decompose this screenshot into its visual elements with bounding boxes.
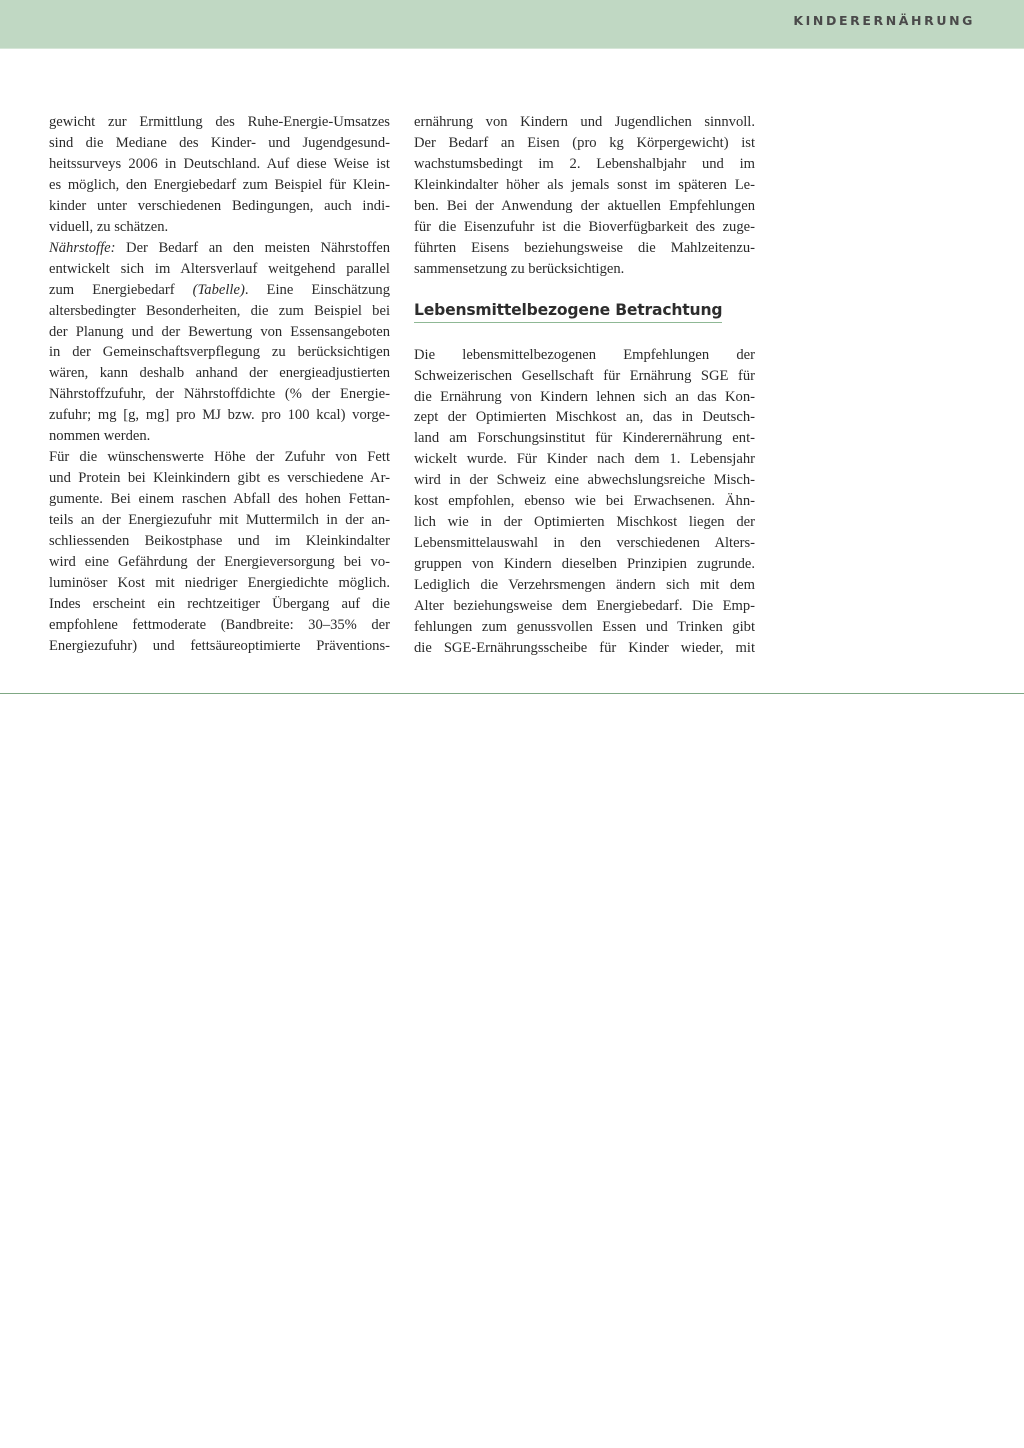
text-line: die SGE-Ernährungsscheibe für Kinder wie… [414,638,755,659]
text-line: gruppen von Kindern dieselben Prinzipien… [414,554,755,575]
text-line: heitssurveys 2006 in Deutschland. Auf di… [49,154,390,175]
text-line: altersbedingter Besonderheiten, die zum … [49,301,390,322]
paragraph-lebensmittel: Die lebensmittelbezogenen Empfehlungen d… [414,345,755,659]
header-band: KINDERERNÄHRUNG [0,0,1024,49]
text-line: Lebensmittelauswahl in den verschiedenen… [414,533,755,554]
text-line: Lediglich die Verzehrsmengen ändern sich… [414,575,755,596]
right-column: ernährung von Kindern und Jugendlichen s… [414,112,755,659]
text-line: wird in der Schweiz eine abwechslungsrei… [414,470,755,491]
text-line: Für die wünschenswerte Höhe der Zufuhr v… [49,447,390,468]
text-line: Indes erscheint ein rechtzeitiger Überga… [49,594,390,615]
text-line: land am Forschungsinstitut für Kinderern… [414,428,755,449]
text-line: ben. Bei der Anwendung der aktuellen Emp… [414,196,755,217]
text-line: wird eine Gefährdung der Energieversorgu… [49,552,390,573]
text-line: entwickelt sich im Altersverlauf weitgeh… [49,259,390,280]
text-line: viduell, zu schätzen. [49,217,390,238]
text-line: Der Bedarf an Eisen (pro kg Körpergewich… [414,133,755,154]
table-reference: (Tabelle) [193,282,245,298]
text-line: kinder unter verschiedenen Bedingungen, … [49,196,390,217]
text-line: die Ernährung von Kindern lehnen sich an… [414,387,755,408]
paragraph-eisen: ernährung von Kindern und Jugendlichen s… [414,112,755,280]
paragraph-energy-estimation: gewicht zur Ermittlung des Ruhe-Energie-… [49,112,390,238]
text-line: Alter beziehungsweise dem Energiebedarf.… [414,596,755,617]
run-in-label: Nährstoffe: [49,240,115,256]
running-head: KINDERERNÄHRUNG [793,13,975,28]
text-line: zept der Optimierten Mischkost an, das i… [414,407,755,428]
text-line: es möglich, den Energiebedarf zum Beispi… [49,175,390,196]
text-line: in der Gemeinschaftsverpflegung zu berüc… [49,342,390,363]
text-line: gewicht zur Ermittlung des Ruhe-Energie-… [49,112,390,133]
text-line: ernährung von Kindern und Jugendlichen s… [414,112,755,133]
text-line: Die lebensmittelbezogenen Empfehlungen d… [414,345,755,366]
text-line: der Planung und der Bewertung von Essens… [49,322,390,343]
text-line: für die Eisenzufuhr ist die Bioverfügbar… [414,217,755,238]
text-run: . Eine Einschätzung [245,282,390,298]
text-line: sammensetzung zu berücksichtigen. [414,259,755,280]
text-line: Schweizerischen Gesellschaft für Ernähru… [414,366,755,387]
text-line: führten Eisens beziehungsweise die Mahlz… [414,238,755,259]
text-line: sind die Mediane des Kinder- und Jugendg… [49,133,390,154]
page-divider [0,693,1024,694]
text-line: gumente. Bei einem raschen Abfall des ho… [49,489,390,510]
text-line: schliessenden Beikostphase und im Kleink… [49,531,390,552]
text-line: Nährstoffzufuhr, der Nährstoffdichte (% … [49,384,390,405]
text-line: wären, kann deshalb anhand der energiead… [49,363,390,384]
text-line: Nährstoffe: Der Bedarf an den meisten Nä… [49,238,390,259]
text-line: teils an der Energiezufuhr mit Muttermil… [49,510,390,531]
section-heading: Lebensmittelbezogene Betrachtung [414,300,722,323]
text-run: Der Bedarf an den meisten Nährstoffen [115,240,390,256]
text-line: und Protein bei Kleinkindern gibt es ver… [49,468,390,489]
text-line: lich wie in der Optimierten Mischkost li… [414,512,755,533]
left-column: gewicht zur Ermittlung des Ruhe-Energie-… [49,112,390,657]
text-run: zum Energiebedarf [49,282,193,298]
text-line: luminöser Kost mit niedriger Energiedich… [49,573,390,594]
text-line: zufuhr; mg [g, mg] pro MJ bzw. pro 100 k… [49,405,390,426]
text-line: empfohlene fettmoderate (Bandbreite: 30–… [49,615,390,636]
text-line: Energiezufuhr) und fettsäureoptimierte P… [49,636,390,657]
text-line: fehlungen zum genussvollen Essen und Tri… [414,617,755,638]
text-line: wachstumsbedingt im 2. Lebenshalbjahr un… [414,154,755,175]
paragraph-fett-protein: Für die wünschenswerte Höhe der Zufuhr v… [49,447,390,657]
paragraph-naehrstoffe: Nährstoffe: Der Bedarf an den meisten Nä… [49,238,390,448]
text-line: Kleinkindalter höher als jemals sonst im… [414,175,755,196]
text-line: nommen werden. [49,426,390,447]
text-line: zum Energiebedarf (Tabelle). Eine Einsch… [49,280,390,301]
text-line: kost empfohlen, ebenso wie bei Erwachsen… [414,491,755,512]
text-line: wickelt wurde. Für Kinder nach dem 1. Le… [414,449,755,470]
